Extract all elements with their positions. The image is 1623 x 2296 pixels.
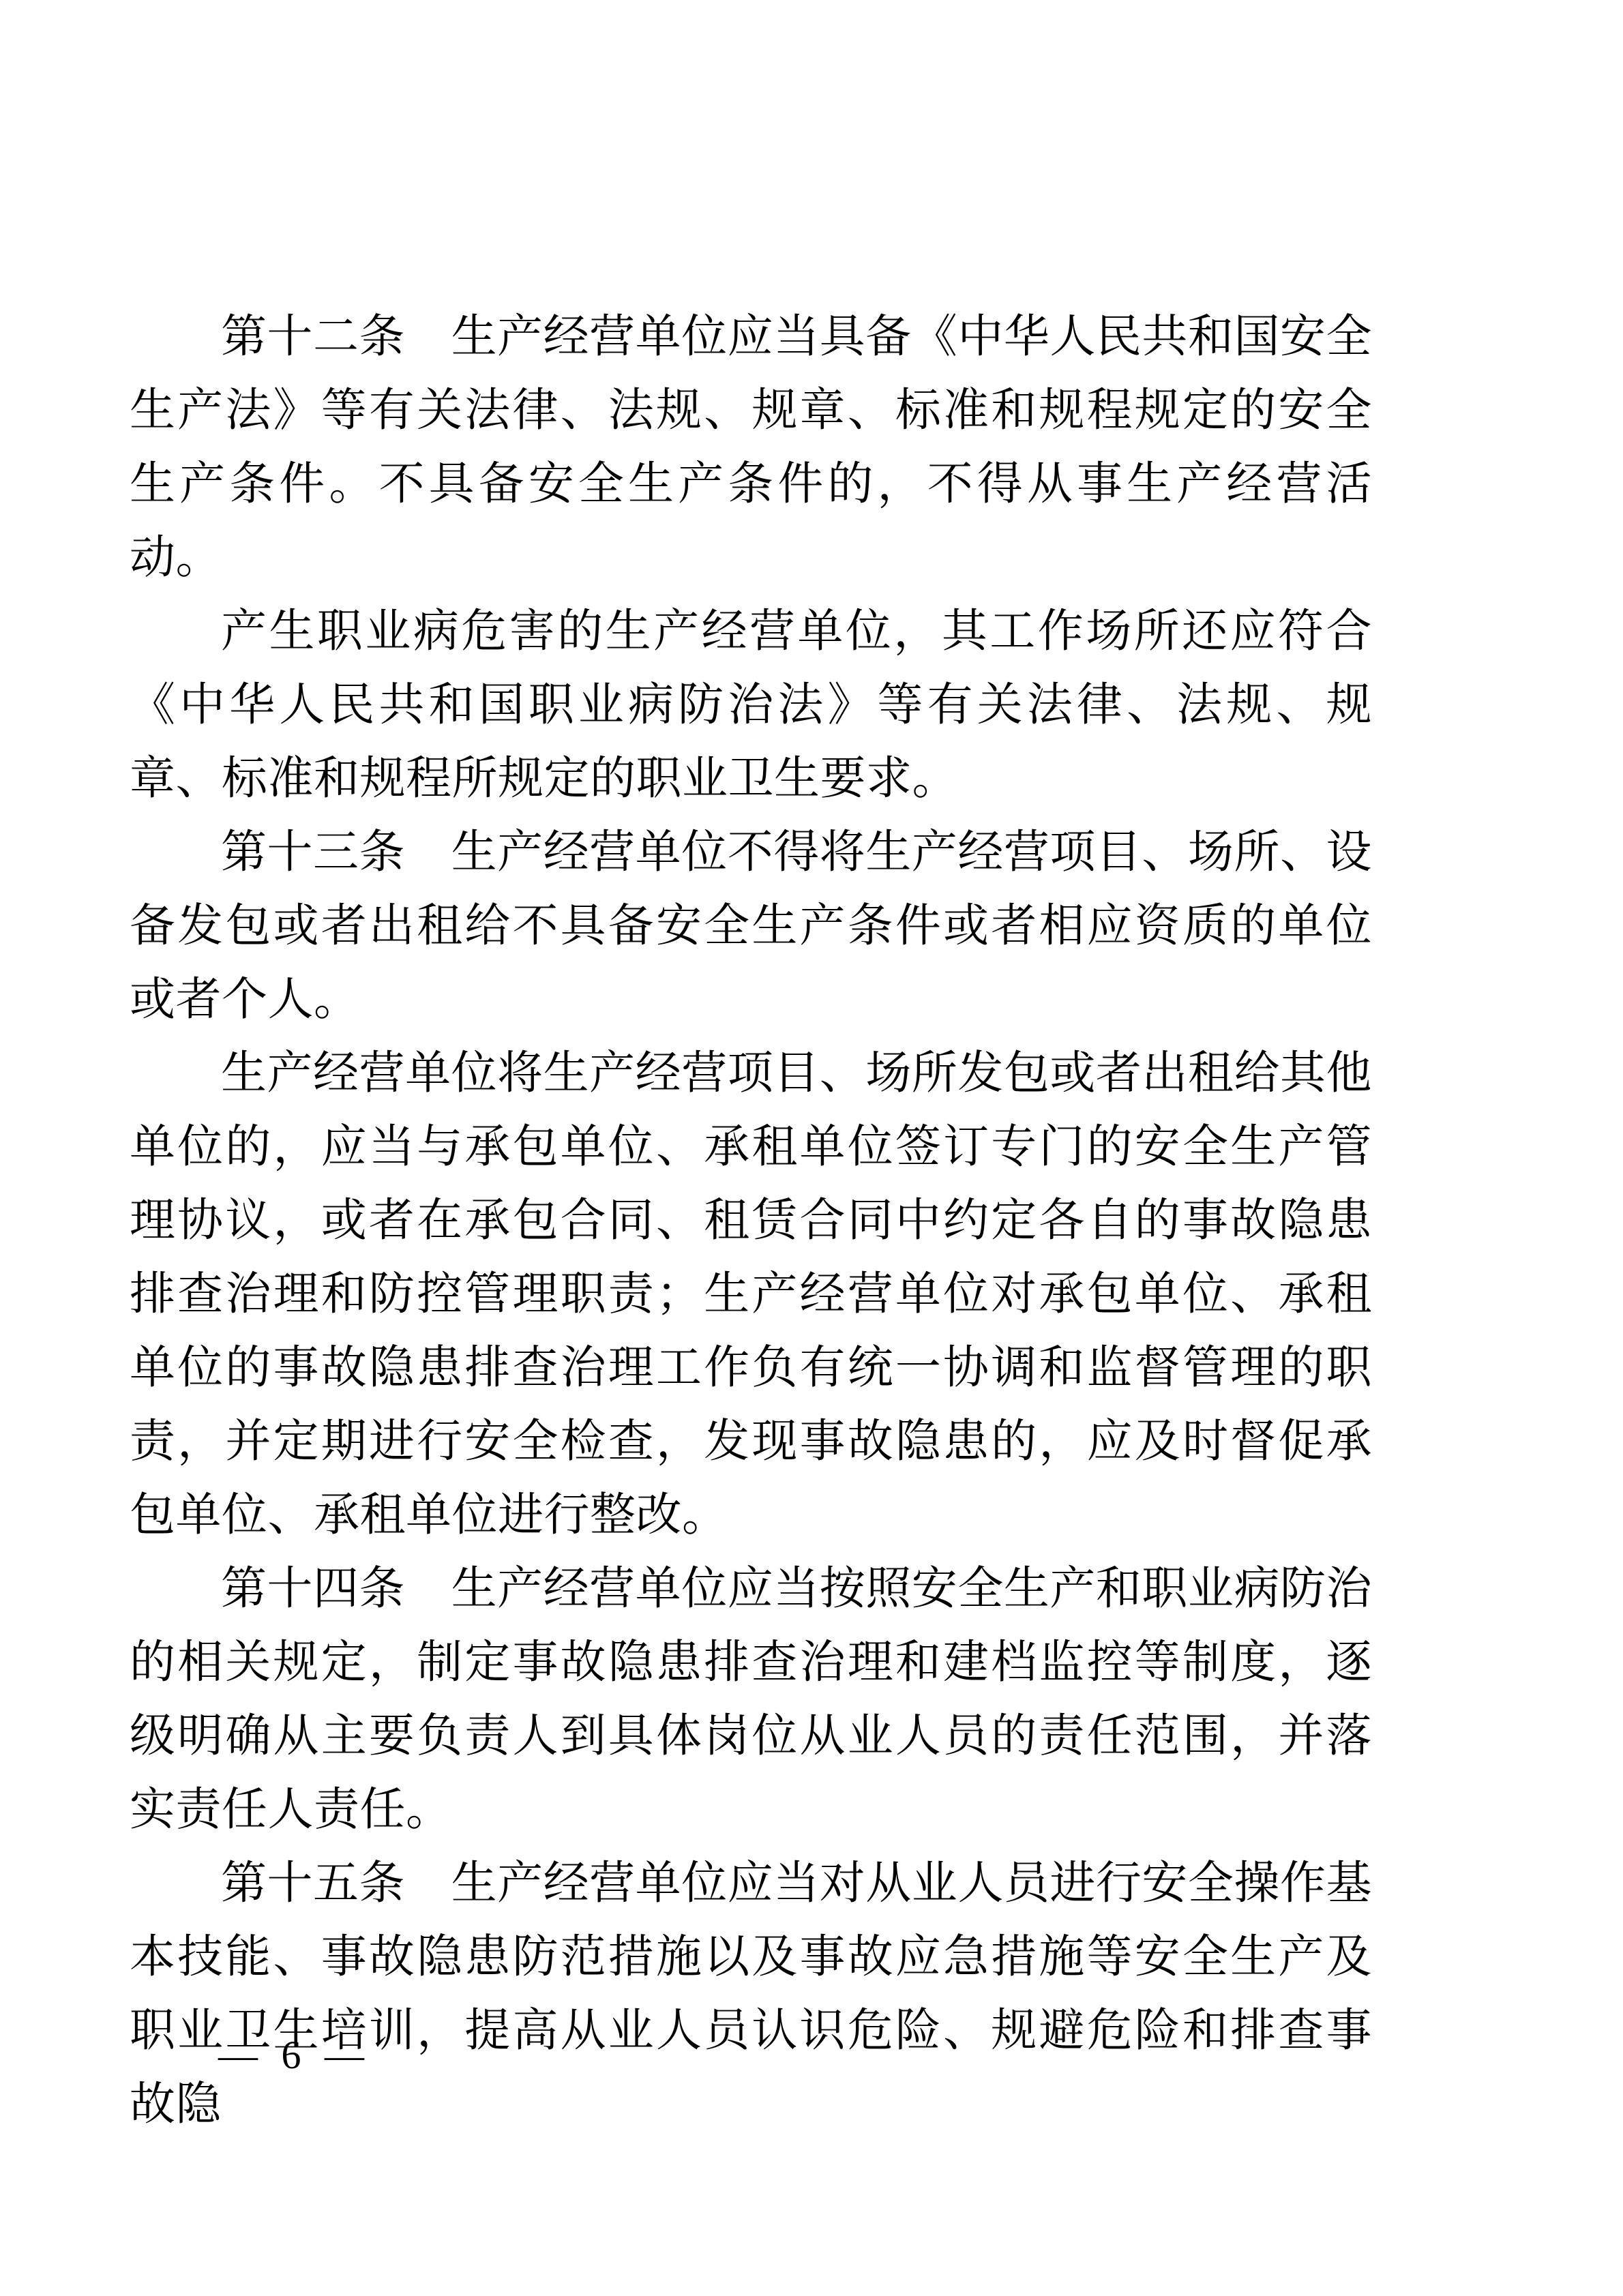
paragraph-article-13: 第十三条 生产经营单位不得将生产经营项目、场所、设备发包或者出租给不具备安全生产… bbox=[130, 816, 1372, 1037]
paragraph-article-13-continuation: 生产经营单位将生产经营项目、场所发包或者出租给其他单位的，应当与承包单位、承租单… bbox=[130, 1037, 1372, 1552]
paragraph-article-14: 第十四条 生产经营单位应当按照安全生产和职业病防治的相关规定，制定事故隐患排查治… bbox=[130, 1552, 1372, 1847]
document-page: 第十二条 生产经营单位应当具备《中华人民共和国安全生产法》等有关法律、法规、规章… bbox=[0, 0, 1623, 2296]
paragraph-article-12-continuation: 产生职业病危害的生产经营单位，其工作场所还应符合《中华人民共和国职业病防治法》等… bbox=[130, 595, 1372, 816]
paragraph-article-15: 第十五条 生产经营单位应当对从业人员进行安全操作基本技能、事故隐患防范措施以及事… bbox=[130, 1847, 1372, 2141]
paragraph-article-12: 第十二条 生产经营单位应当具备《中华人民共和国安全生产法》等有关法律、法规、规章… bbox=[130, 300, 1372, 595]
page-number-footer: — 6 — bbox=[218, 2033, 371, 2077]
document-body: 第十二条 生产经营单位应当具备《中华人民共和国安全生产法》等有关法律、法规、规章… bbox=[130, 300, 1372, 2141]
